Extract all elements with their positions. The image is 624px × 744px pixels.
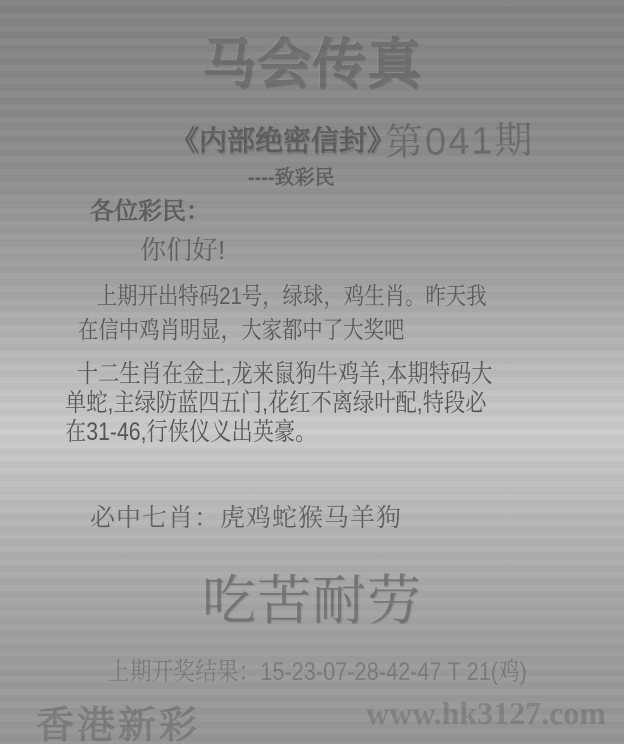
idiom-hint: 吃苦耐劳 bbox=[0, 558, 624, 635]
paragraph-tips-line-1: 十二生肖在金土,龙来鼠狗牛鸡羊,本期特码大 bbox=[65, 360, 492, 389]
paragraph-tips-line-3: 在31-46,行侠仪义出英豪。 bbox=[65, 418, 492, 447]
dedication-line: ----致彩民 bbox=[248, 161, 335, 190]
fax-sheet: 马会传真 《内部绝密信封》 第041期 ----致彩民 各位彩民： 你们好! 上… bbox=[0, 0, 624, 744]
envelope-subtitle: 《内部绝密信封》 bbox=[171, 119, 395, 159]
last-draw-result: 上期开奖结果：15-23-07-28-42-47 T 21(鸡) bbox=[108, 652, 527, 688]
page-title: 马会传真 bbox=[0, 36, 624, 92]
paragraph-tips: 十二生肖在金土,龙来鼠狗牛鸡羊,本期特码大 单蛇,主绿防蓝四五门,花红不离绿叶配… bbox=[65, 360, 492, 447]
issue-number: 第041期 bbox=[385, 109, 535, 167]
brand-name: 香港新彩 bbox=[36, 694, 200, 744]
paragraph-tips-line-2: 单蛇,主绿防蓝四五门,花红不离绿叶配,特段必 bbox=[65, 389, 492, 418]
greeting: 你们好! bbox=[140, 230, 225, 267]
paragraph-last-draw: 上期开出特码21号，绿球，鸡生肖。昨天我 在信中鸡肖明显，大家都中了大奖吧 bbox=[78, 280, 487, 348]
paragraph-last-draw-line-2: 在信中鸡肖明显，大家都中了大奖吧 bbox=[78, 314, 487, 348]
seven-zodiac-prediction: 必中七肖：虎鸡蛇猴马羊狗 bbox=[90, 498, 402, 534]
paragraph-last-draw-line-1: 上期开出特码21号，绿球，鸡生肖。昨天我 bbox=[78, 280, 487, 314]
website-url: www.hk3127.com bbox=[366, 695, 606, 732]
salutation: 各位彩民： bbox=[90, 191, 210, 226]
